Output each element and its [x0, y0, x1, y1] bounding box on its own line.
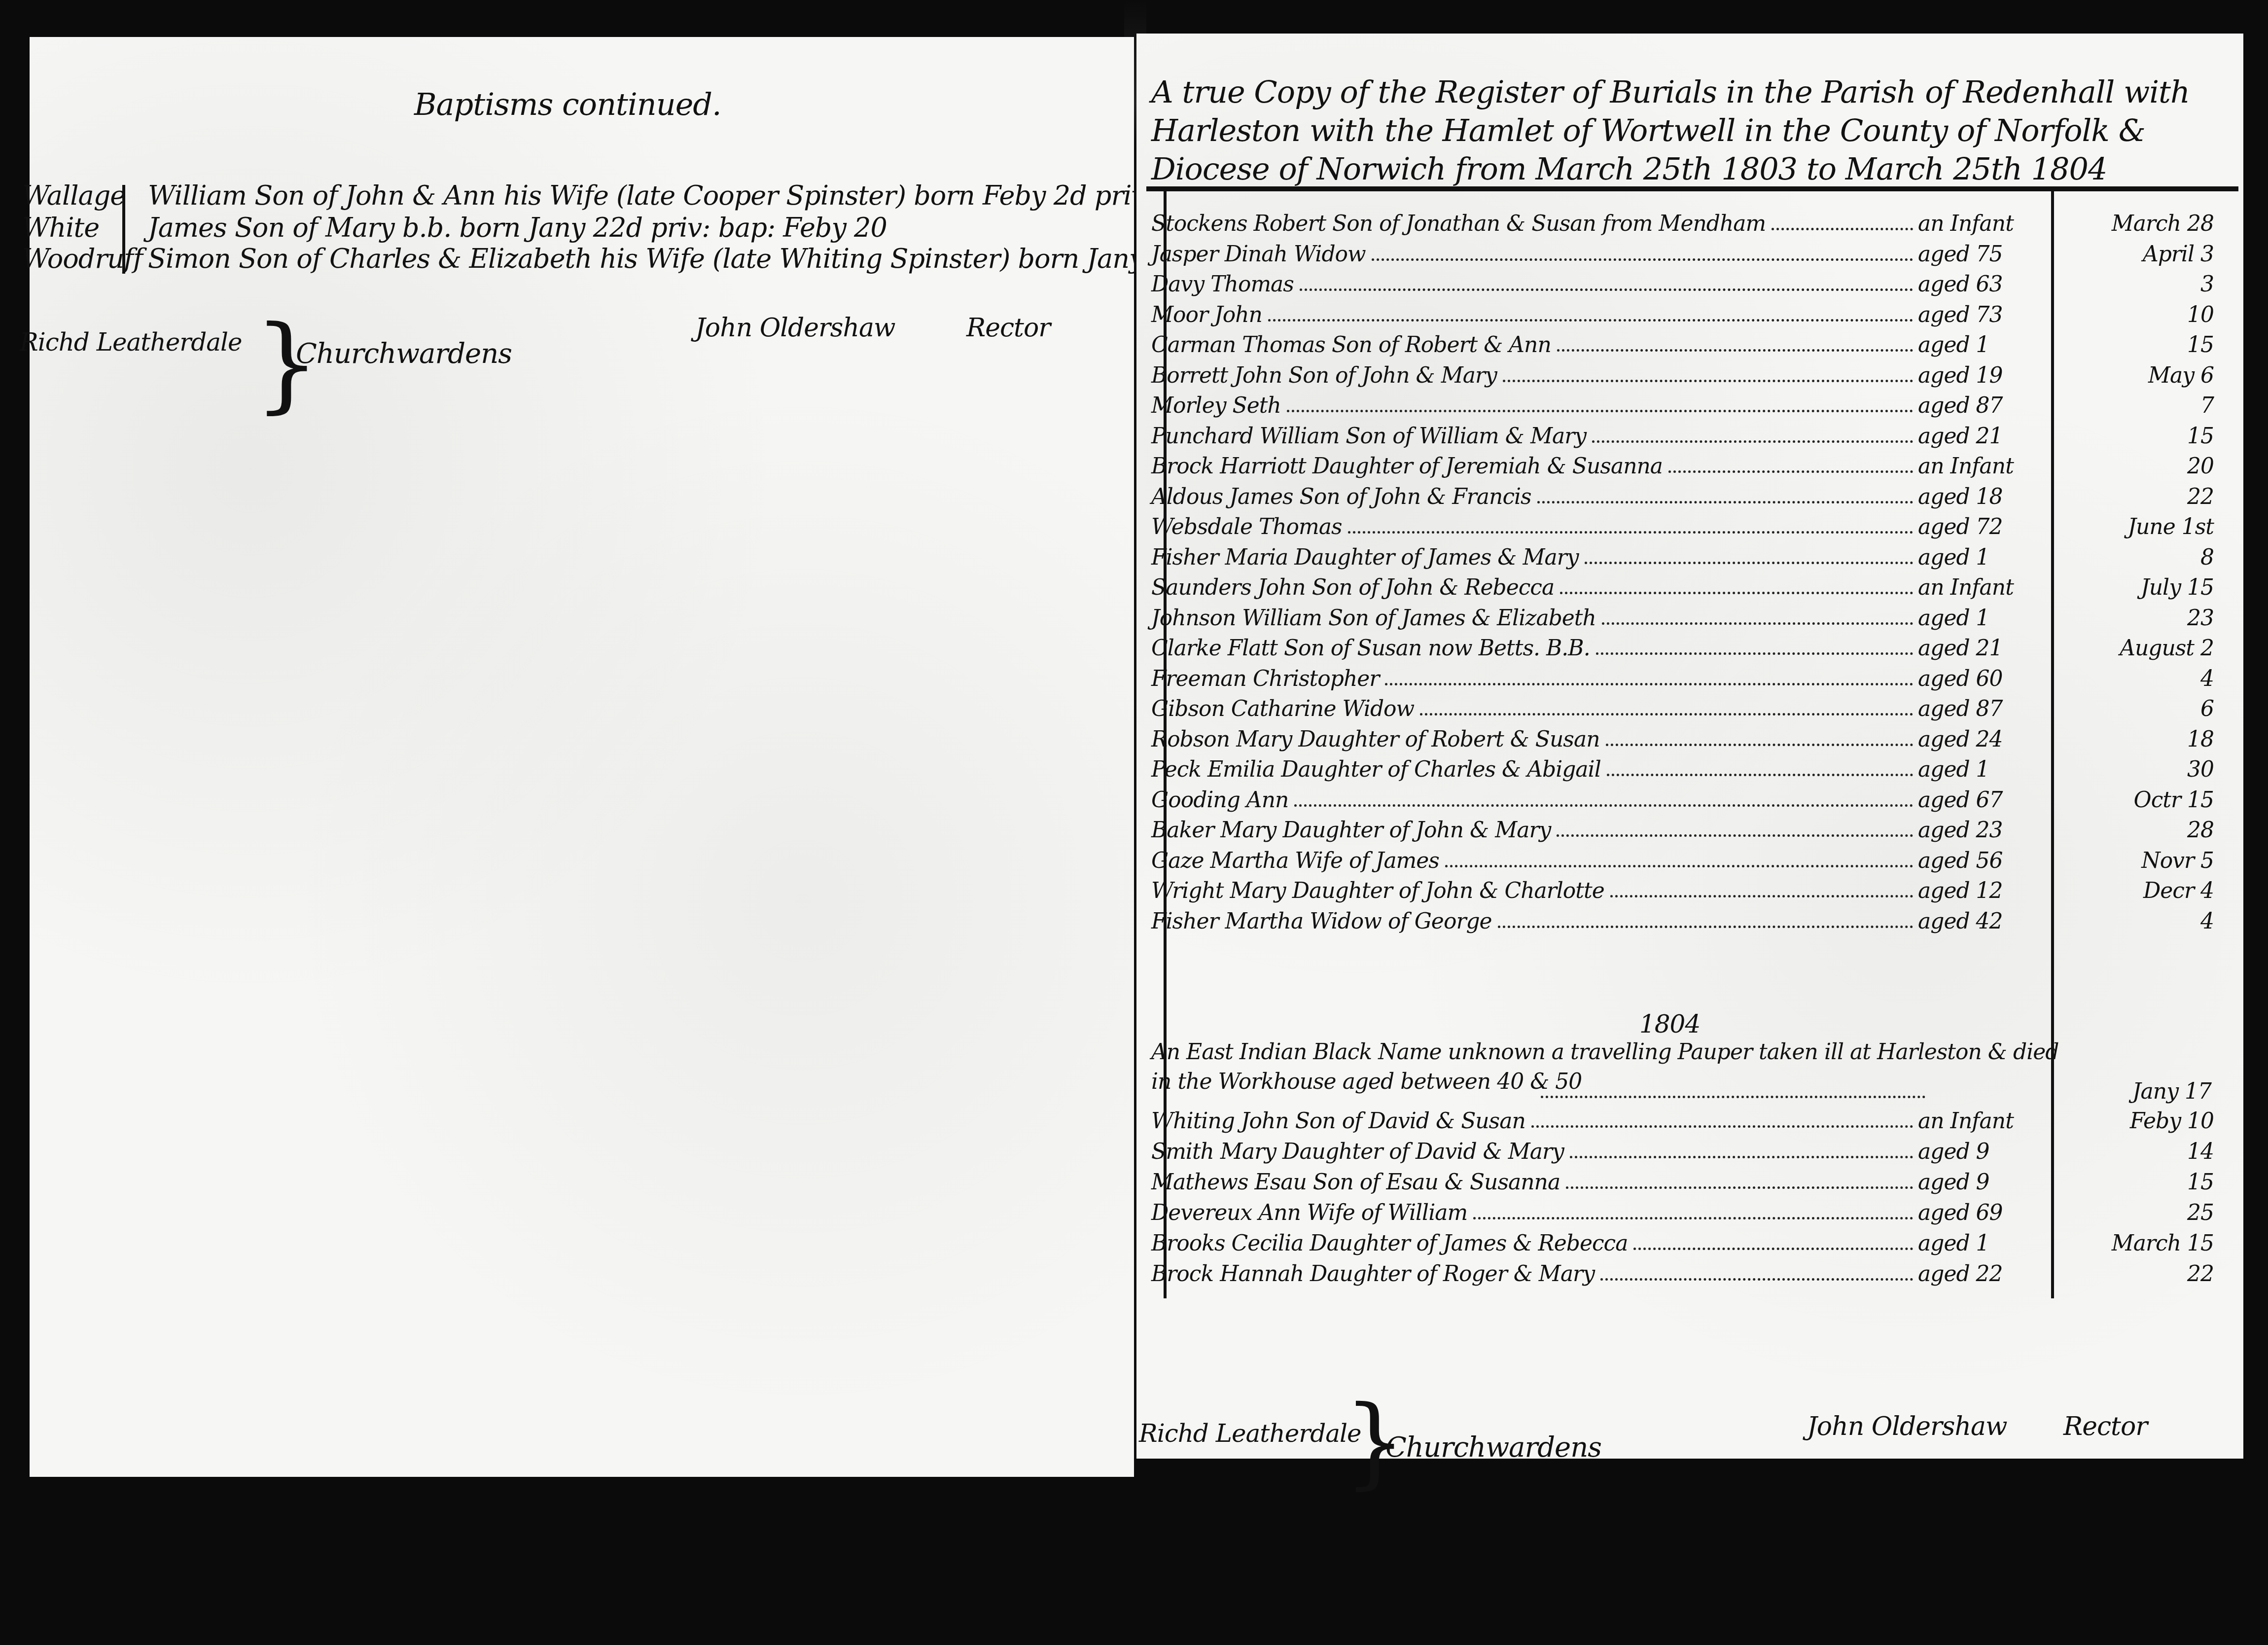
- baptism-surname: Wallage: [22, 180, 136, 211]
- burial-date: 15: [2066, 332, 2214, 358]
- leader-dots: [1503, 363, 1913, 382]
- burial-name: Brooks Cecilia Daughter of James & Rebec…: [1151, 1231, 1628, 1256]
- burial-row: Peck Emilia Daughter of Charles & Abigai…: [1151, 757, 2049, 787]
- burial-row: Moor Johnaged 7310: [1151, 302, 2049, 332]
- burial-row: Smith Mary Daughter of David & Maryaged …: [1151, 1139, 2049, 1169]
- burial-age: aged 21: [1918, 424, 2003, 449]
- leader-dots: [1570, 1139, 1913, 1158]
- leader-dots: [1287, 393, 1913, 412]
- burial-age: aged 18: [1918, 484, 2003, 509]
- leader-dots: [1557, 332, 1913, 352]
- burial-date: 18: [2066, 727, 2214, 752]
- burial-date: August 2: [2066, 636, 2214, 661]
- burial-name: Clarke Flatt Son of Susan now Betts. B.B…: [1151, 636, 1590, 661]
- burial-name: Freeman Christopher: [1151, 666, 1379, 691]
- burial-row: Fisher Martha Widow of Georgeaged 424: [1151, 909, 2049, 938]
- leader-dots: [1610, 878, 1913, 897]
- burial-age: aged 1: [1918, 606, 1989, 631]
- burial-date: 8: [2066, 545, 2214, 570]
- burial-date: 4: [2066, 909, 2214, 934]
- burial-age: aged 67: [1918, 787, 2003, 813]
- churchwarden-signature: Richd Leatherdale: [20, 328, 242, 357]
- leader-dots: [1602, 606, 1913, 625]
- burial-name: Robson Mary Daughter of Robert & Susan: [1151, 727, 1600, 752]
- left-page-baptisms: Baptisms continued. Wallage William Son …: [30, 37, 1134, 1477]
- baptism-surname: White: [22, 212, 136, 243]
- baptisms-title: Baptisms continued.: [414, 86, 721, 122]
- burial-date: 15: [2066, 424, 2214, 449]
- burial-row: Borrett John Son of John & Maryaged 19Ma…: [1151, 363, 2049, 393]
- leader-dots: [1633, 1231, 1913, 1250]
- year-heading: 1804: [1639, 1010, 1700, 1038]
- churchwardens-label: Churchwardens: [296, 338, 512, 370]
- burial-name: Gibson Catharine Widow: [1151, 696, 1414, 721]
- burial-age: aged 9: [1918, 1170, 1989, 1195]
- burial-age: aged 56: [1918, 848, 2003, 873]
- baptism-text: James Son of Mary b.b. born Jany 22d pri…: [148, 212, 887, 243]
- burial-age: an Infant: [1918, 575, 2014, 600]
- leader-dots: [1445, 848, 1913, 867]
- burial-row: Punchard William Son of William & Maryag…: [1151, 424, 2049, 453]
- burial-name: Devereux Ann Wife of William: [1151, 1200, 1467, 1225]
- leader-dots: [1348, 514, 1913, 534]
- burial-row: Robson Mary Daughter of Robert & Susanag…: [1151, 727, 2049, 756]
- burial-name: Brock Harriott Daughter of Jeremiah & Su…: [1151, 454, 1663, 479]
- burial-row: Brooks Cecilia Daughter of James & Rebec…: [1151, 1231, 2049, 1260]
- burial-name: Moor John: [1151, 302, 1262, 327]
- scan-shadow: [0, 1467, 2268, 1645]
- burial-name: Wright Mary Daughter of John & Charlotte: [1151, 878, 1604, 903]
- burial-date: 3: [2066, 272, 2214, 297]
- leader-dots: [1560, 575, 1913, 594]
- unknown-pauper-line1: An East Indian Black Name unknown a trav…: [1151, 1039, 2058, 1065]
- header-rule: [1146, 186, 2238, 191]
- burial-age: aged 9: [1918, 1139, 1989, 1164]
- leader-dots: [1607, 757, 1913, 776]
- burial-age: an Infant: [1918, 211, 2014, 236]
- burial-name: Fisher Martha Widow of George: [1151, 909, 1492, 934]
- burial-row: Brock Harriott Daughter of Jeremiah & Su…: [1151, 454, 2049, 483]
- burial-name: Stockens Robert Son of Jonathan & Susan …: [1151, 211, 1766, 236]
- leader-dots: [1268, 302, 1913, 322]
- unknown-pauper-date: Jany 17: [2063, 1079, 2211, 1104]
- burial-date: Decr 4: [2066, 878, 2214, 903]
- burial-row: Baker Mary Daughter of John & Maryaged 2…: [1151, 818, 2049, 847]
- burial-age: aged 69: [1918, 1200, 2003, 1225]
- leader-dots: [1537, 484, 1913, 503]
- leader-dots: [1600, 1261, 1913, 1281]
- burial-age: aged 42: [1918, 909, 2003, 934]
- burial-date: 28: [2066, 818, 2214, 843]
- burial-name: Punchard William Son of William & Mary: [1151, 424, 1586, 449]
- leader-dots: [1592, 424, 1913, 443]
- leader-dots: [1585, 545, 1913, 564]
- burial-name: Gooding Ann: [1151, 787, 1288, 813]
- leader-dots: [1300, 272, 1913, 291]
- burial-date: 20: [2066, 454, 2214, 479]
- churchwarden-signature: Richd Leatherdale: [1139, 1419, 1361, 1448]
- burial-age: aged 1: [1918, 545, 1989, 570]
- rector-label: Rector: [2063, 1412, 2147, 1441]
- leader-dots: [1668, 454, 1913, 473]
- burial-age: an Infant: [1918, 454, 2014, 479]
- burial-age: aged 1: [1918, 757, 1989, 782]
- leader-dots: [1606, 727, 1913, 746]
- burial-row: Mathews Esau Son of Esau & Susannaaged 9…: [1151, 1170, 2049, 1199]
- burial-row: Wright Mary Daughter of John & Charlotte…: [1151, 878, 2049, 908]
- burial-name: Carman Thomas Son of Robert & Ann: [1151, 332, 1551, 358]
- burial-date: 15: [2066, 1170, 2214, 1195]
- register-header: A true Copy of the Register of Burials i…: [1151, 73, 2226, 188]
- burial-name: Davy Thomas: [1151, 272, 1294, 297]
- burial-date: 30: [2066, 757, 2214, 782]
- burial-date: Octr 15: [2066, 787, 2214, 813]
- burial-age: aged 1: [1918, 1231, 1989, 1256]
- burial-row: Fisher Maria Daughter of James & Maryage…: [1151, 545, 2049, 574]
- burial-age: aged 87: [1918, 393, 2003, 418]
- burial-date: Feby 10: [2066, 1109, 2214, 1134]
- burial-date: June 1st: [2066, 514, 2214, 539]
- burial-date: 25: [2066, 1200, 2214, 1225]
- leader-dots: [1372, 242, 1913, 261]
- baptism-surname: Woodruff: [22, 243, 136, 274]
- rector-label: Rector: [966, 313, 1050, 343]
- burial-row: Devereux Ann Wife of Williamaged 6925: [1151, 1200, 2049, 1230]
- burial-date: May 6: [2066, 363, 2214, 388]
- leader-dots: [1420, 696, 1913, 715]
- burial-age: an Infant: [1918, 1109, 2014, 1134]
- leader-dots: [1498, 909, 1913, 928]
- burial-row: Davy Thomasaged 633: [1151, 272, 2049, 301]
- rector-signature: John Oldershaw: [695, 313, 895, 343]
- burial-age: aged 87: [1918, 696, 2003, 721]
- burial-date: 10: [2066, 302, 2214, 327]
- burial-row: Saunders John Son of John & Rebeccaan In…: [1151, 575, 2049, 605]
- leader-dots: [1294, 787, 1913, 807]
- burial-row: Morley Sethaged 877: [1151, 393, 2049, 423]
- signature-block: Richd Leatherdale } Churchwardens John O…: [30, 293, 1114, 441]
- burial-name: Borrett John Son of John & Mary: [1151, 363, 1497, 388]
- leader-dots: [1557, 818, 1913, 837]
- leader-dots: [1531, 1109, 1913, 1128]
- burial-date: 14: [2066, 1139, 2214, 1164]
- burial-name: Websdale Thomas: [1151, 514, 1342, 539]
- burial-row: Gaze Martha Wife of Jamesaged 56Novr 5: [1151, 848, 2049, 878]
- leader-dots: [1566, 1170, 1913, 1189]
- burial-age: aged 1: [1918, 332, 1989, 358]
- burial-age: aged 72: [1918, 514, 2003, 539]
- burial-date: Novr 5: [2066, 848, 2214, 873]
- burial-name: Jasper Dinah Widow: [1151, 242, 1366, 267]
- right-page-burials: A true Copy of the Register of Burials i…: [1136, 34, 2243, 1459]
- burial-row: Carman Thomas Son of Robert & Annaged 11…: [1151, 332, 2049, 362]
- burial-name: Gaze Martha Wife of James: [1151, 848, 1439, 873]
- burial-row: Johnson William Son of James & Elizabeth…: [1151, 606, 2049, 635]
- burial-name: Whiting John Son of David & Susan: [1151, 1109, 1525, 1134]
- burial-age: aged 24: [1918, 727, 2003, 752]
- burial-age: aged 12: [1918, 878, 2003, 903]
- burial-row: Whiting John Son of David & Susanan Infa…: [1151, 1109, 2049, 1138]
- burial-date: 4: [2066, 666, 2214, 691]
- burial-name: Morley Seth: [1151, 393, 1281, 418]
- burial-name: Saunders John Son of John & Rebecca: [1151, 575, 1554, 600]
- burial-age: aged 63: [1918, 272, 2003, 297]
- burial-age: aged 75: [1918, 242, 2003, 267]
- burial-date: 22: [2066, 484, 2214, 509]
- burial-date: July 15: [2066, 575, 2214, 600]
- burial-name: Baker Mary Daughter of John & Mary: [1151, 818, 1551, 843]
- burial-row: Gooding Annaged 67Octr 15: [1151, 787, 2049, 817]
- burial-row: Gibson Catharine Widowaged 876: [1151, 696, 2049, 726]
- unknown-pauper-line2: in the Workhouse aged between 40 & 50: [1151, 1069, 1582, 1094]
- date-column-divider: [2051, 191, 2054, 1298]
- burial-date: April 3: [2066, 242, 2214, 267]
- churchwardens-label: Churchwardens: [1385, 1431, 1601, 1464]
- burial-name: Mathews Esau Son of Esau & Susanna: [1151, 1170, 1560, 1195]
- burial-row: Websdale Thomasaged 72June 1st: [1151, 514, 2049, 544]
- burial-age: aged 60: [1918, 666, 2003, 691]
- leader-dots: [1596, 636, 1913, 655]
- burial-date: 7: [2066, 393, 2214, 418]
- rector-signature: John Oldershaw: [1807, 1412, 2007, 1441]
- burial-row: Stockens Robert Son of Jonathan & Susan …: [1151, 211, 2049, 241]
- burial-date: 22: [2066, 1261, 2214, 1287]
- burial-name: Smith Mary Daughter of David & Mary: [1151, 1139, 1564, 1164]
- leader-dots: [1541, 1079, 1925, 1098]
- leader-dots: [1473, 1200, 1913, 1219]
- burial-name: Johnson William Son of James & Elizabeth: [1151, 606, 1596, 631]
- burial-date: March 28: [2066, 211, 2214, 236]
- burial-row: Clarke Flatt Son of Susan now Betts. B.B…: [1151, 636, 2049, 665]
- burial-row: Freeman Christopheraged 604: [1151, 666, 2049, 696]
- burial-date: 23: [2066, 606, 2214, 631]
- burial-age: aged 22: [1918, 1261, 2003, 1287]
- burial-date: 6: [2066, 696, 2214, 721]
- burial-age: aged 73: [1918, 302, 2003, 327]
- burial-age: aged 21: [1918, 636, 2003, 661]
- burial-row: Aldous James Son of John & Francisaged 1…: [1151, 484, 2049, 514]
- burial-age: aged 23: [1918, 818, 2003, 843]
- leader-dots: [1385, 666, 1913, 685]
- burial-age: aged 19: [1918, 363, 2003, 388]
- burial-row: Jasper Dinah Widowaged 75April 3: [1151, 242, 2049, 271]
- burial-row: Brock Hannah Daughter of Roger & Maryage…: [1151, 1261, 2049, 1291]
- burial-name: Fisher Maria Daughter of James & Mary: [1151, 545, 1579, 570]
- burial-name: Brock Hannah Daughter of Roger & Mary: [1151, 1261, 1595, 1287]
- burial-name: Aldous James Son of John & Francis: [1151, 484, 1531, 509]
- burial-date: March 15: [2066, 1231, 2214, 1256]
- burial-name: Peck Emilia Daughter of Charles & Abigai…: [1151, 757, 1601, 782]
- leader-dots: [1772, 211, 1913, 230]
